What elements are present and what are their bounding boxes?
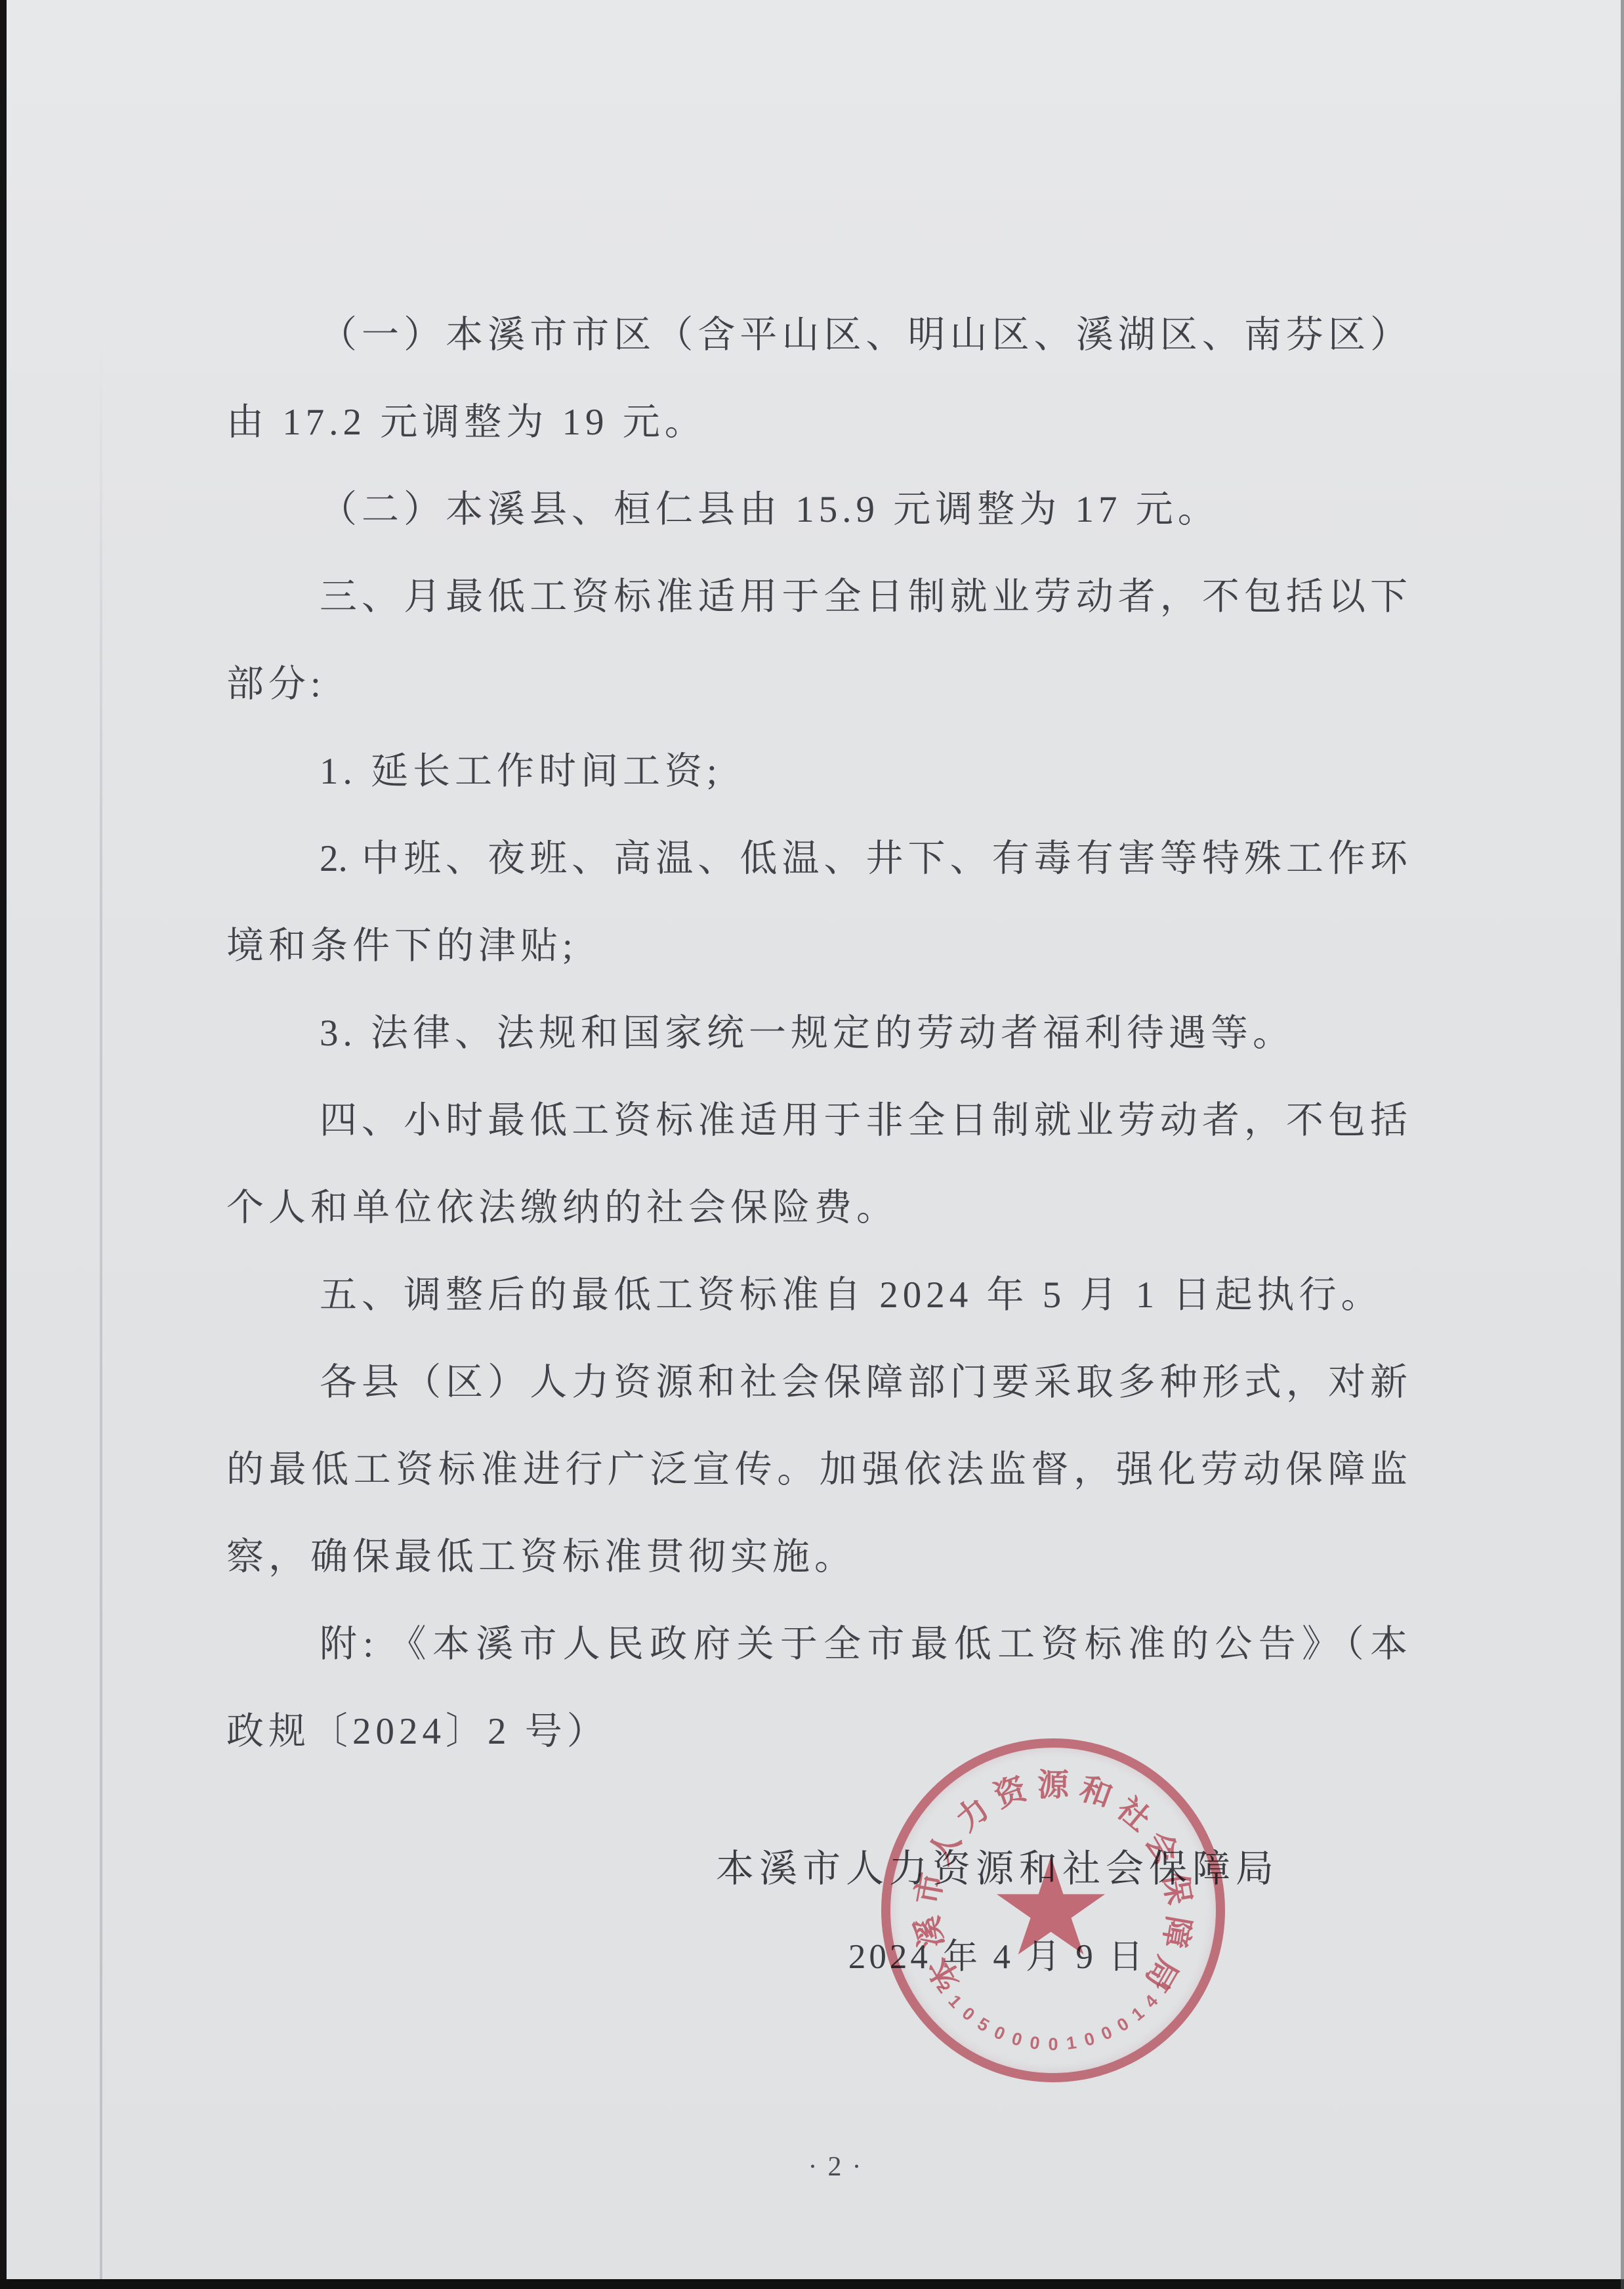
scan-edge-bottom <box>0 2279 1624 2289</box>
text-line: 部分: <box>226 640 1407 728</box>
text-line: 由 17.2 元调整为 19 元。 <box>226 379 1407 466</box>
text-line: （二）本溪县、桓仁县由 15.9 元调整为 17 元。 <box>226 466 1407 553</box>
page-number: ·2· <box>755 2147 925 2187</box>
official-seal: 本溪市人力资源和社会保障局 210500001000141 <box>881 1738 1225 2082</box>
scan-edge-right <box>1621 0 1624 2289</box>
text-line: 3. 法律、法规和国家统一规定的劳动者福利待遇等。 <box>226 990 1407 1077</box>
scan-edge-left <box>0 0 7 2289</box>
text-line: 个人和单位依法缴纳的社会保险费。 <box>226 1164 1407 1251</box>
paper-crease-line <box>100 341 102 2279</box>
text-line: 四、小时最低工资标准适用于非全日制就业劳动者，不包括 <box>226 1077 1407 1164</box>
scanned-document-page: （一）本溪市市区（含平山区、明山区、溪湖区、南芬区）由 17.2 元调整为 19… <box>0 0 1624 2289</box>
text-line: 各县（区）人力资源和社会保障部门要采取多种形式，对新 <box>226 1339 1407 1426</box>
text-line: 附: 《本溪市人民政府关于全市最低工资标准的公告》（本 <box>226 1601 1407 1688</box>
text-line: 境和条件下的津贴; <box>226 902 1407 990</box>
text-line: 三、月最低工资标准适用于全日制就业劳动者，不包括以下 <box>226 553 1407 640</box>
text-line: 1. 延长工作时间工资; <box>226 728 1407 815</box>
document-body: （一）本溪市市区（含平山区、明山区、溪湖区、南芬区）由 17.2 元调整为 19… <box>226 291 1407 1775</box>
text-line: 的最低工资标准进行广泛宣传。加强依法监督，强化劳动保障监 <box>226 1426 1407 1513</box>
text-line: （一）本溪市市区（含平山区、明山区、溪湖区、南芬区） <box>226 291 1407 379</box>
text-line: 2. 中班、夜班、高温、低温、井下、有毒有害等特殊工作环 <box>226 815 1407 902</box>
text-line: 五、调整后的最低工资标准自 2024 年 5 月 1 日起执行。 <box>226 1251 1407 1339</box>
text-line: 察，确保最低工资标准贯彻实施。 <box>226 1513 1407 1601</box>
